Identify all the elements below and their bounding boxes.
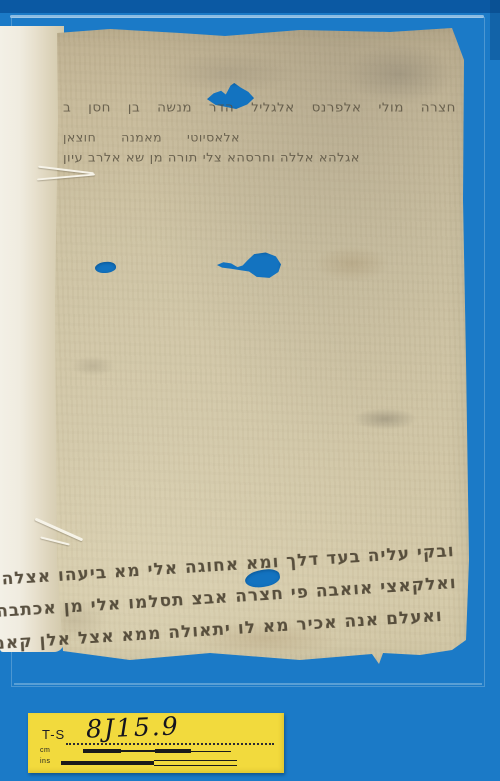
stain xyxy=(345,44,455,104)
stain xyxy=(353,408,417,430)
manuscript-line-top-2: אלאסיוטי מאמנה חוצאן xyxy=(63,131,240,145)
label-prefix: T-S xyxy=(42,727,65,742)
stain xyxy=(315,246,389,282)
backdrop-top-strip xyxy=(0,0,500,13)
glass-edge-bottom xyxy=(14,683,482,685)
ins-scale-bar xyxy=(61,760,237,766)
cm-scale-bar xyxy=(83,749,231,753)
manuscript-line-top-3: אגלהא אללה וחרסהא צלי תורה מן שא אלרב עי… xyxy=(63,152,360,166)
ins-scale-segment xyxy=(61,761,154,765)
ins-scale-segment xyxy=(154,760,237,766)
backdrop-right-shadow xyxy=(490,0,500,60)
cm-scale-segment xyxy=(191,751,231,752)
manuscript-line-top-1: חצרה מולי אלפרנס אלגליל הדר מנשה בן חסן … xyxy=(63,101,456,116)
cm-scale-segment xyxy=(83,749,121,753)
shelfmark-label: T-S 8J15.9 cm ins xyxy=(28,713,284,773)
cm-scale-segment xyxy=(121,750,155,752)
ins-unit-label: ins xyxy=(40,758,50,765)
stain xyxy=(71,356,115,376)
cm-unit-label: cm xyxy=(40,747,50,754)
shelfmark-handwritten: 8J15.9 xyxy=(86,711,181,743)
mount-backing-strip xyxy=(0,26,64,652)
cm-scale-segment xyxy=(155,749,191,753)
